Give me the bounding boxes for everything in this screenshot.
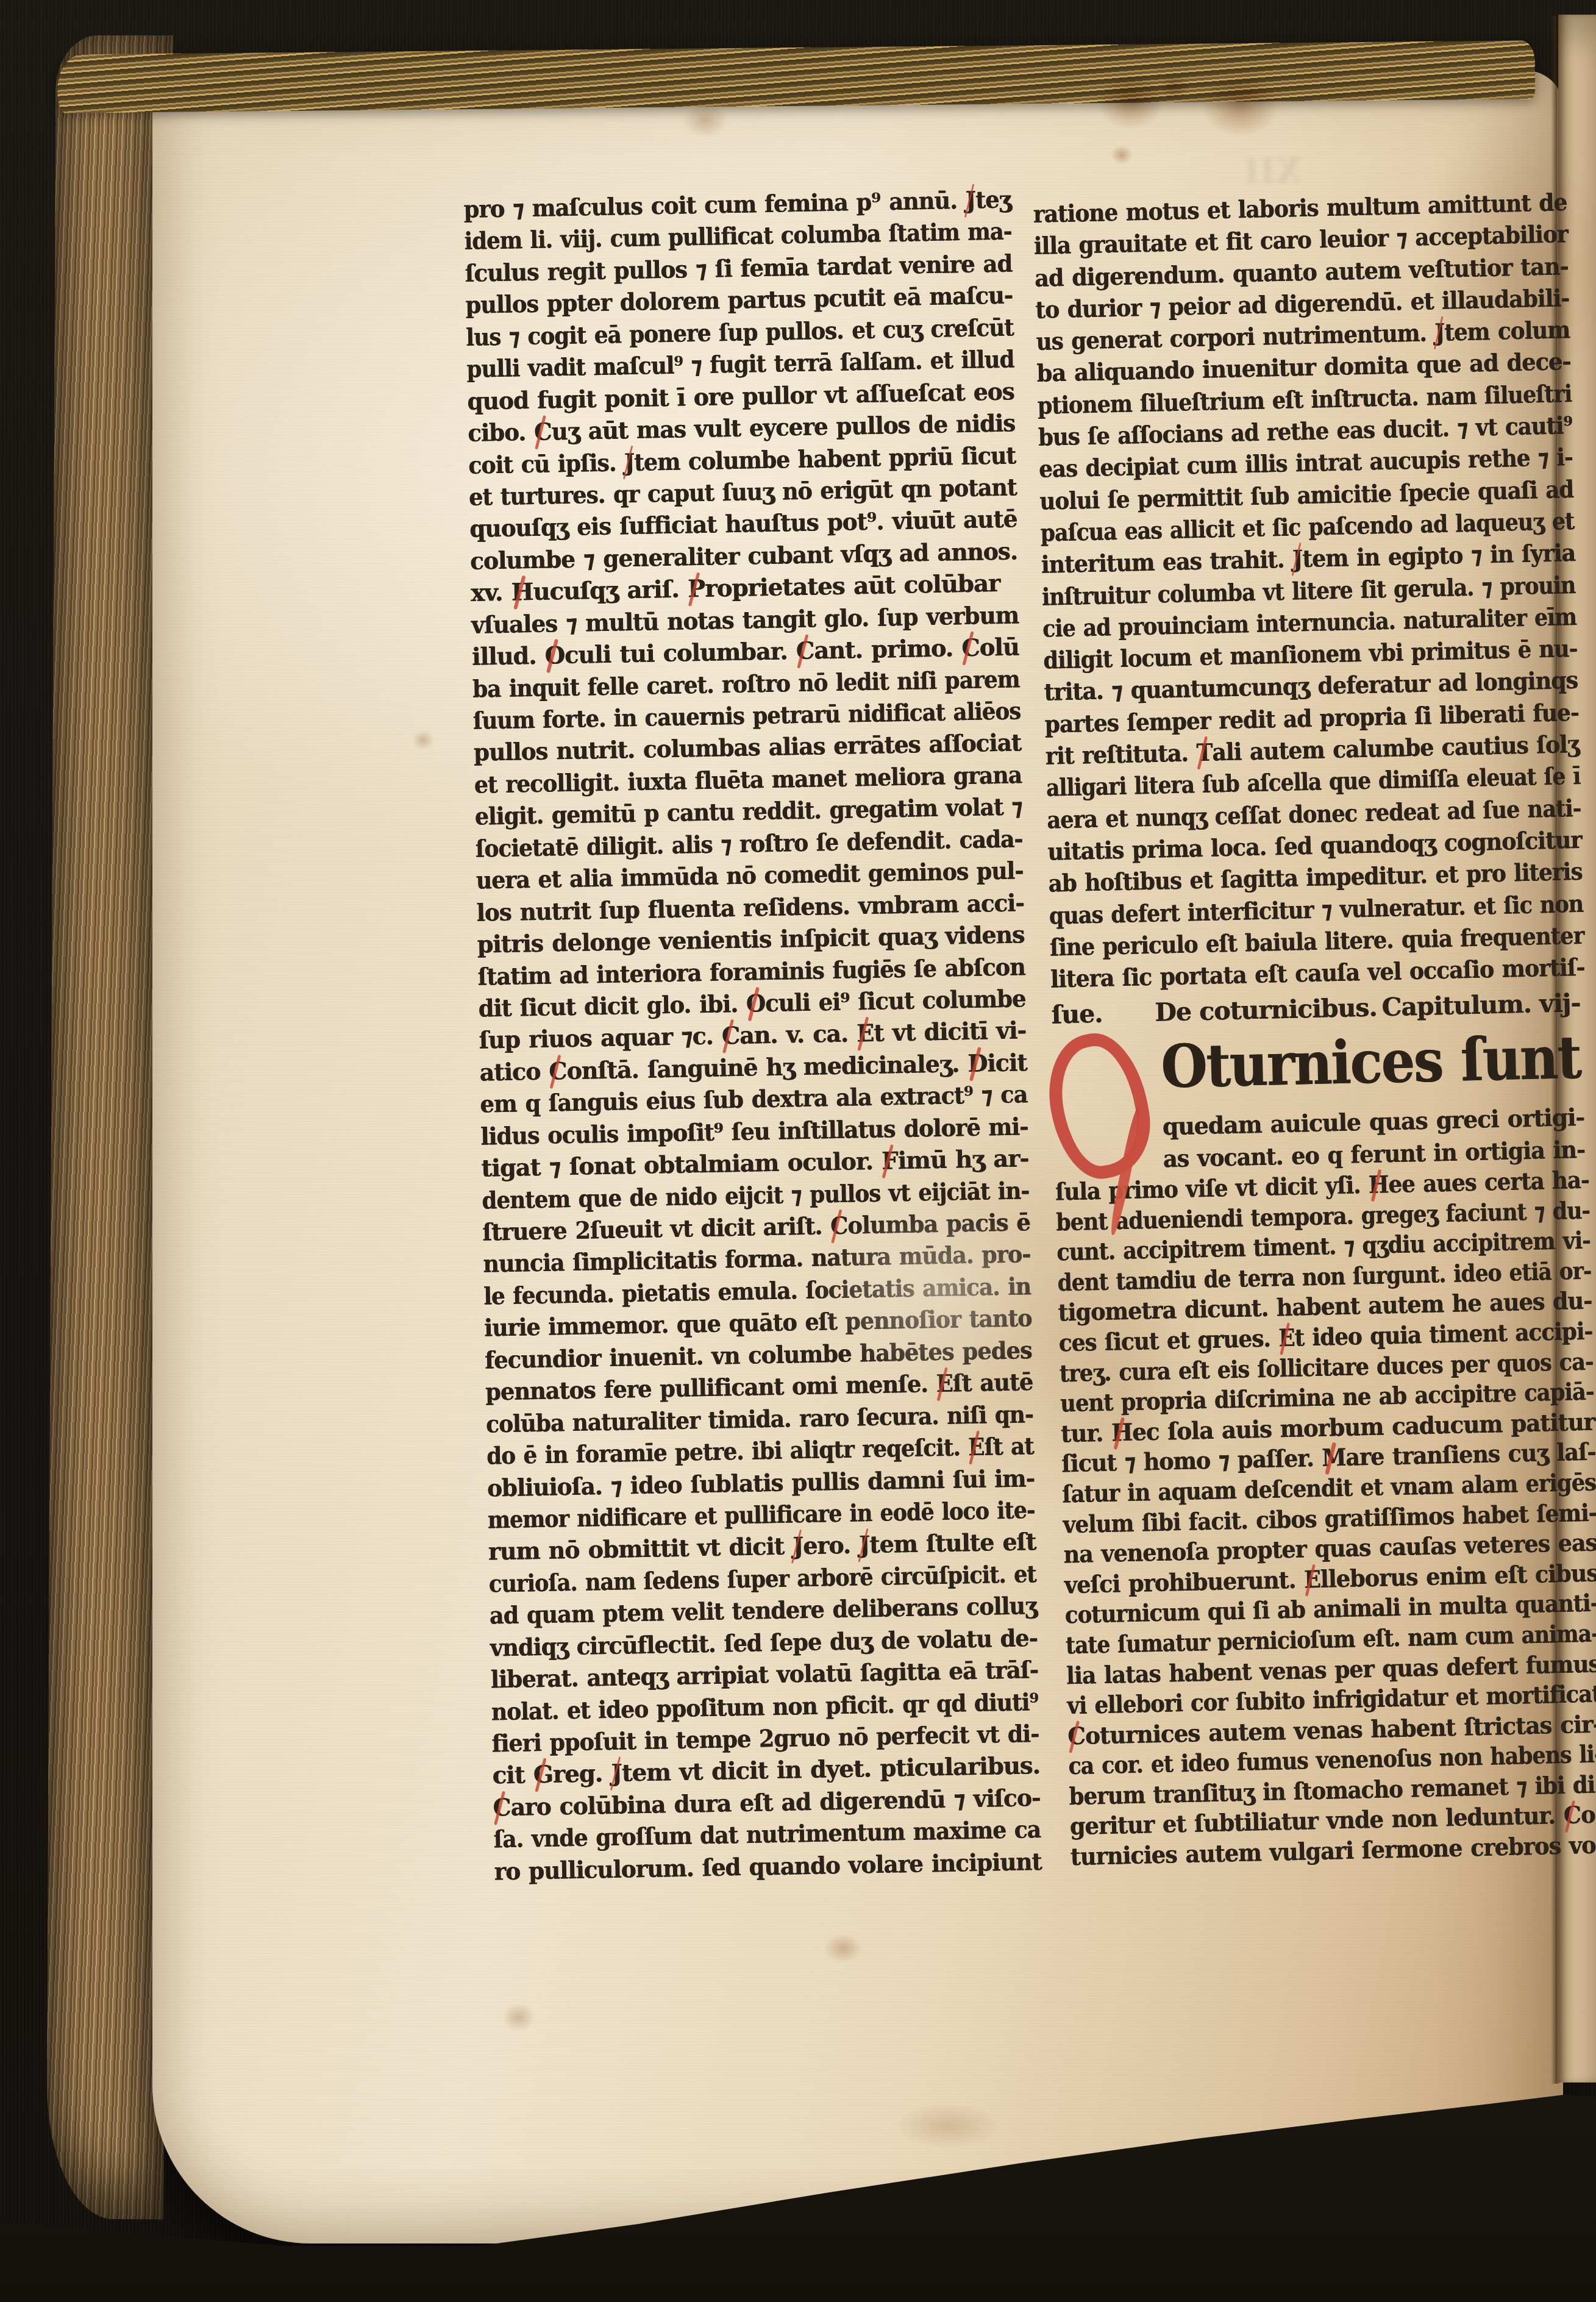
right-column-upper-text: ratione motus et laboris multum amittunt… bbox=[1033, 187, 1588, 996]
chapter-opening-large-text: Oturnices ſunt bbox=[1160, 1021, 1581, 1109]
rubricated-initial-q bbox=[1046, 1028, 1160, 1232]
photograph-of-incunabulum-page: { "palette":{ "background":"#171310", "p… bbox=[0, 0, 1596, 2302]
right-text-column: ratione motus et laboris multum amittunt… bbox=[1033, 187, 1596, 1873]
left-text-column: pro ⁊ maſculus coit cum femina p⁹ annū. … bbox=[463, 184, 1046, 1887]
chapter-number: Capitulum. vij- bbox=[1381, 986, 1581, 1024]
chapter-heading-catchword: ſue. bbox=[1051, 997, 1103, 1032]
initial-q-bowl bbox=[1039, 1026, 1160, 1186]
right-column-lower-text: ſula primo viſe vt dicit yſi. Hee aues c… bbox=[1055, 1166, 1596, 1873]
chapter-opening: Oturnices ſunt bbox=[1052, 1024, 1591, 1114]
chapter-title: De coturnicibus. bbox=[1155, 991, 1378, 1030]
right-column-indented-text: quedam auicule quas greci ortigi-as voca… bbox=[1162, 1102, 1592, 1175]
